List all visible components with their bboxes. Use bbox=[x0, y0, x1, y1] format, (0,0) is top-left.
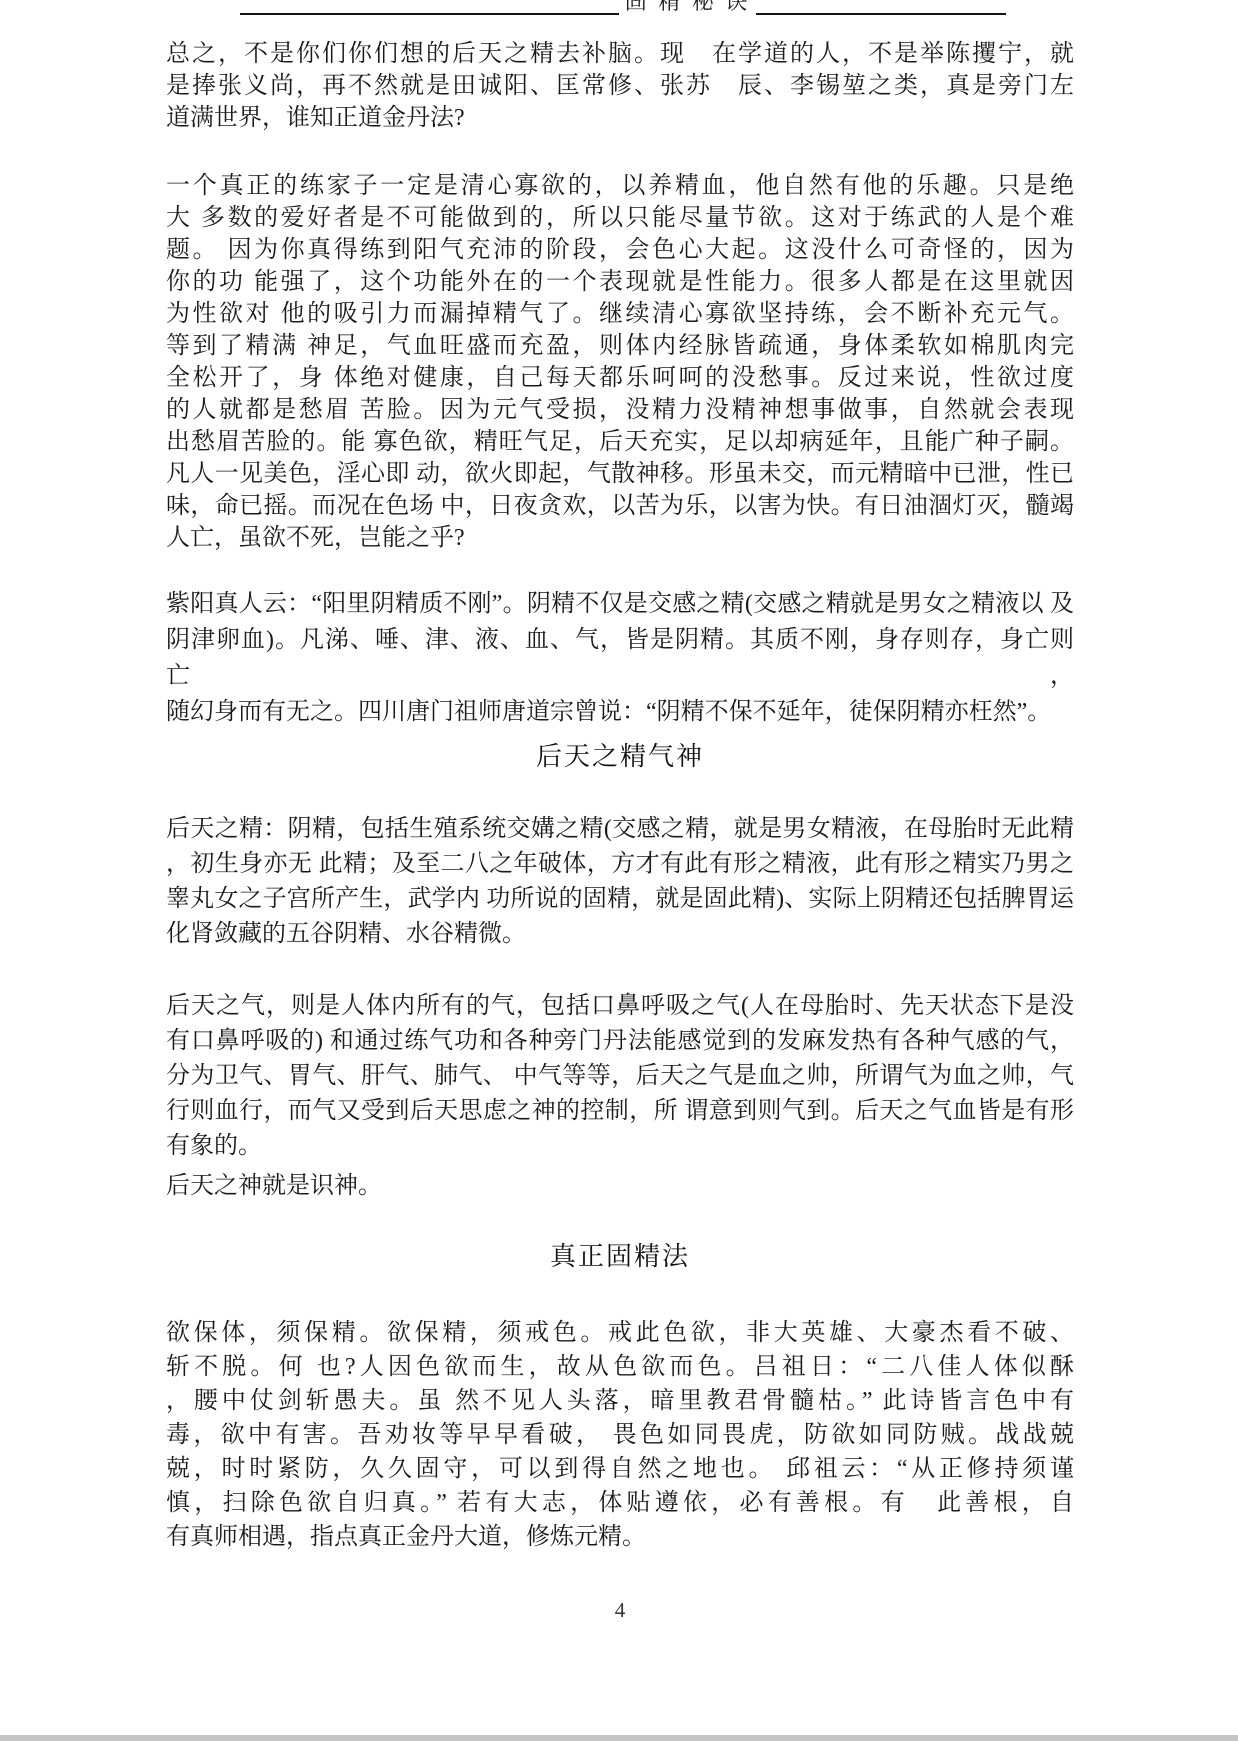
text-line: 斩不脱。何 也?人因色欲而生，故从色欲而色。吕祖日：“二八佳人体似酥 bbox=[166, 1350, 1074, 1384]
text-line: 为性欲对 他的吸引力而漏掉精气了。继续清心寡欲坚持练，会不断补充元气。 bbox=[166, 298, 1074, 330]
text-line: 慎，扫除色欲自归真。” 若有大志，体贴遵依，必有善根。有 此善根，自 bbox=[166, 1486, 1074, 1520]
text-line: 后天之精：阴精，包括生殖系统交媾之精(交感之精，就是男女精液，在母胎时无此精 bbox=[166, 812, 1074, 847]
paragraph: 后天之神就是识神。 bbox=[166, 1169, 1074, 1204]
text-line: 味，命已摇。而况在色场 中，日夜贪欢，以苦为乐，以害为快。有日油涸灯灭，髓竭 bbox=[166, 490, 1074, 522]
text-line: 欲保体，须保精。欲保精，须戒色。戒此色欲，非大英雄、大豪杰看不破、 bbox=[166, 1316, 1074, 1350]
text-line: 毒，欲中有害。吾劝妆等早早看破， 畏色如同畏虎，防欲如同防贼。战战兢 bbox=[166, 1418, 1074, 1452]
text-line: 紫阳真人云：“阳里阴精质不刚”。阴精不仅是交感之精(交感之精就是男女之精液以 及 bbox=[166, 586, 1074, 622]
viewport-bottom-bar bbox=[0, 1735, 1238, 1741]
text-line: 后天之神就是识神。 bbox=[166, 1169, 1074, 1204]
text-line: 凡人一见美色，淫心即 动，欲火即起，气散神移。形虽未交，而元精暗中已泄，性已 bbox=[166, 458, 1074, 490]
text-line: 人亡，虽欲不死，岂能之乎? bbox=[166, 522, 1074, 554]
paragraph: 欲保体，须保精。欲保精，须戒色。戒此色欲，非大英雄、大豪杰看不破、斩不脱。何 也… bbox=[166, 1316, 1074, 1554]
text-line: 出愁眉苦脸的。能 寡色欲，精旺气足，后天充实，足以却病延年，且能广种子嗣。 bbox=[166, 426, 1074, 458]
text-line: 化肾敛藏的五谷阴精、水谷精微。 bbox=[166, 917, 1074, 952]
header-title-clip: 固 精 秘 诀 bbox=[619, 0, 757, 15]
text-line: 题。 因为你真得练到阳气充沛的阶段，会色心大起。这没什么可奇怪的，因为 bbox=[166, 234, 1074, 266]
text-line: ，腰中仗剑斩愚夫。虽 然不见人头落，暗里教君骨髓枯。” 此诗皆言色中有 bbox=[166, 1384, 1074, 1418]
text-line: 道满世界，谁知正道金丹法? bbox=[166, 102, 1074, 134]
text-line: ，初生身亦无 此精；及至二八之年破体，方才有此有形之精液，此有形之精实乃男之 bbox=[166, 847, 1074, 882]
document-title: 固 精 秘 诀 bbox=[625, 0, 751, 14]
header-rule-right bbox=[756, 0, 1006, 15]
text-line: 总之，不是你们你们想的后天之精去补脑。现 在学道的人，不是举陈攫宁，就 bbox=[166, 38, 1074, 70]
text-line: 你的功 能强了，这个功能外在的一个表现就是性能力。很多人都是在这里就因 bbox=[166, 266, 1074, 298]
paragraph: 后天之气，则是人体内所有的气，包括口鼻呼吸之气(人在母胎时、先天状态下是没有口鼻… bbox=[166, 989, 1074, 1164]
text-line: 有口鼻呼吸的) 和通过练气功和各种旁门丹法能感觉到的发麻发热有各种气感的气， bbox=[166, 1024, 1074, 1059]
header-rule-left bbox=[240, 0, 619, 15]
text-line: 一个真正的练家子一定是清心寡欲的，以养精血，他自然有他的乐趣。只是绝 bbox=[166, 170, 1074, 202]
document-page: 固 精 秘 诀 总之，不是你们你们想的后天之精去补脑。现 在学道的人，不是举陈攫… bbox=[0, 0, 1238, 1741]
text-line: 分为卫气、胃气、肝气、肺气、 中气等等，后天之气是血之帅，所谓气为血之帅，气 bbox=[166, 1059, 1074, 1094]
document-body: 总之，不是你们你们想的后天之精去补脑。现 在学道的人，不是举陈攫宁，就是捧张义尚… bbox=[166, 15, 1074, 1554]
page-header: 固 精 秘 诀 bbox=[240, 0, 1006, 15]
paragraph: 后天之精：阴精，包括生殖系统交媾之精(交感之精，就是男女精液，在母胎时无此精，初… bbox=[166, 812, 1074, 952]
paragraph: 总之，不是你们你们想的后天之精去补脑。现 在学道的人，不是举陈攫宁，就是捧张义尚… bbox=[166, 38, 1074, 134]
text-line: 兢，时时紧防，久久固守，可以到得自然之地也。 邱祖云：“从正修持须谨 bbox=[166, 1452, 1074, 1486]
section-heading: 后天之精气神 bbox=[166, 740, 1074, 774]
text-line: 阴津卵血)。凡涕、唾、津、液、血、气，皆是阴精。其质不刚，身存则存，身亡则亡， bbox=[166, 622, 1074, 694]
text-line: 随幻身而有无之。四川唐门祖师唐道宗曾说：“阴精不保不延年，徒保阴精亦枉然”。 bbox=[166, 694, 1074, 730]
text-line: 有象的。 bbox=[166, 1129, 1074, 1164]
paragraph: 一个真正的练家子一定是清心寡欲的，以养精血，他自然有他的乐趣。只是绝大 多数的爱… bbox=[166, 170, 1074, 554]
text-line: 是捧张义尚，再不然就是田诚阳、匡常修、张苏 辰、李锡堃之类，真是旁门左 bbox=[166, 70, 1074, 102]
section-heading: 真正固精法 bbox=[166, 1240, 1074, 1274]
text-line: 大 多数的爱好者是不可能做到的，所以只能尽量节欲。这对于练武的人是个难 bbox=[166, 202, 1074, 234]
text-line: 等到了精满 神足，气血旺盛而充盈，则体内经脉皆疏通，身体柔软如棉肌肉完 bbox=[166, 330, 1074, 362]
text-line: 的人就都是愁眉 苦脸。因为元气受损，没精力没精神想事做事，自然就会表现 bbox=[166, 394, 1074, 426]
text-line: 睾丸女之子宫所产生，武学内 功所说的固精，就是固此精)、实际上阴精还包括脾胃运 bbox=[166, 882, 1074, 917]
paragraph: 紫阳真人云：“阳里阴精质不刚”。阴精不仅是交感之精(交感之精就是男女之精液以 及… bbox=[166, 586, 1074, 730]
page-number: 4 bbox=[166, 1598, 1074, 1623]
text-line: 行则血行，而气又受到后天思虑之神的控制，所 谓意到则气到。后天之气血皆是有形 bbox=[166, 1094, 1074, 1129]
text-line: 后天之气，则是人体内所有的气，包括口鼻呼吸之气(人在母胎时、先天状态下是没 bbox=[166, 989, 1074, 1024]
text-line: 全松开了，身 体绝对健康，自己每天都乐呵呵的没愁事。反过来说，性欲过度 bbox=[166, 362, 1074, 394]
text-line: 有真师相遇，指点真正金丹大道，修炼元精。 bbox=[166, 1520, 1074, 1554]
